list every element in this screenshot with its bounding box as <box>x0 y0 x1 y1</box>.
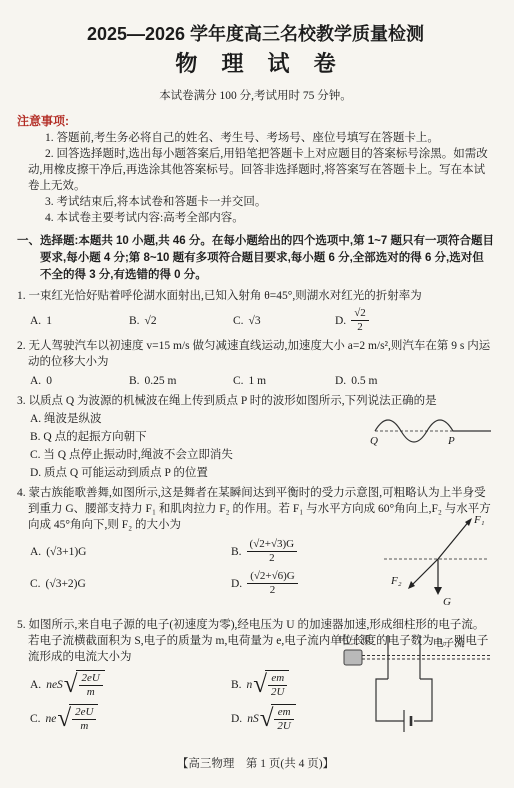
electron-beam-label: 电子流 <box>433 636 465 649</box>
fraction-denominator: 2U <box>274 720 293 733</box>
square-root: √ em 2U <box>260 704 296 733</box>
option-label: B. <box>231 677 242 693</box>
section-header-choice: 一、选择题:本题共 10 小题,共 46 分。在每小题给出的四个选项中,第 1~… <box>17 233 494 284</box>
g-arrowhead <box>434 587 442 595</box>
expr-prefix: nS <box>247 711 259 727</box>
radicand: 2eU m <box>76 670 105 699</box>
wire-right <box>414 679 432 721</box>
q3-option-d: D. 质点 Q 可能运动到质点 P 的位置 <box>28 465 494 481</box>
fraction-numerator: √2 <box>351 307 369 321</box>
question-2-stem: 2. 无人驾驶汽车以初速度 v=15 m/s 做匀减速直线运动,加速度大小 a=… <box>28 338 494 370</box>
option-text: √3 <box>249 313 261 329</box>
option-text: (√3+2)G <box>46 576 86 592</box>
radicand: em 2U <box>271 704 295 733</box>
notice-item-4: 4. 本试卷主要考试内容:高考全部内容。 <box>28 210 494 226</box>
option-label: C. <box>30 576 41 592</box>
question-4: 4. 蒙古族能歌善舞,如图所示,这是舞者在某瞬间达到平衡时的受力示意图,可粗略认… <box>17 485 494 613</box>
notice-item-2: 2. 回答选择题时,选出每小题答案后,用铅笔把答题卡上对应题目的答案标号涂黑。如… <box>28 146 494 194</box>
option-text: √2 <box>145 313 157 329</box>
math-expression: neS √ 2eU m <box>46 670 105 699</box>
notice-item-3: 3. 考试结束后,将本试卷和答题卡一并交回。 <box>28 194 494 210</box>
question-1: 1. 一束红光恰好贴着呼伦湖水面射出,已知入射角 θ=45°,则湖水对红光的折射… <box>17 288 494 334</box>
fraction: √2 2 <box>351 307 369 334</box>
fraction-numerator: em <box>268 672 287 686</box>
f1-label: F₁ <box>473 514 485 526</box>
wave-figure: Q P <box>369 405 494 455</box>
fraction-numerator: (√2+√6)G <box>247 570 298 584</box>
fraction-denominator: 2 <box>247 552 298 565</box>
option-label: C. <box>30 711 41 727</box>
option-label: D. <box>231 711 242 727</box>
question-1-stem: 1. 一束红光恰好贴着呼伦湖水面射出,已知入射角 θ=45°,则湖水对红光的折射… <box>28 288 494 304</box>
math-expression: nS √ em 2U <box>247 704 296 733</box>
q2-option-b: B. 0.25 m <box>129 373 233 389</box>
option-label: C. <box>233 313 244 329</box>
fraction-numerator: 2eU <box>79 672 103 686</box>
fraction: em 2U <box>268 672 287 699</box>
option-label: A. <box>30 544 41 560</box>
exam-paper-page: 2025—2026 学年度高三名校教学质量检测 物 理 试 卷 本试卷满分 10… <box>0 0 514 788</box>
option-label: B. <box>129 373 140 389</box>
fraction-numerator: 2eU <box>72 706 96 720</box>
exam-title: 2025—2026 学年度高三名校教学质量检测 <box>17 0 494 45</box>
fraction: 2eU m <box>79 672 103 699</box>
notice-section: 注意事项: 1. 答题前,考生务必将自己的姓名、考生号、考场号、座位号填写在答题… <box>17 113 494 226</box>
f1-arrow <box>438 520 470 559</box>
option-text: (√3+1)G <box>46 544 86 560</box>
subject-title: 物 理 试 卷 <box>17 50 494 78</box>
option-label: A. <box>30 677 41 693</box>
q2-option-c: C. 1 m <box>233 373 335 389</box>
q4-option-c: C. (√3+2)G <box>30 576 231 592</box>
question-2: 2. 无人驾驶汽车以初速度 v=15 m/s 做匀减速直线运动,加速度大小 a=… <box>17 338 494 389</box>
option-label: A. <box>30 373 41 389</box>
force-diagram-figure: F₁ F₂ G <box>380 509 492 611</box>
fraction: 2eU m <box>72 706 96 733</box>
question-2-options: A. 0 B. 0.25 m C. 1 m D. 0.5 m <box>28 373 494 389</box>
q1-option-d: D. √2 2 <box>335 307 494 334</box>
q1-option-b: B. √2 <box>129 313 233 329</box>
q1-option-c: C. √3 <box>233 313 335 329</box>
f2-arrow <box>410 559 438 587</box>
q5-option-c: C. ne √ 2eU m <box>30 704 231 733</box>
option-label: A. <box>30 313 41 329</box>
f2-label: F₂ <box>390 575 402 587</box>
fraction-denominator: m <box>79 686 103 699</box>
electron-source-box <box>344 650 362 665</box>
fraction-denominator: 2 <box>351 321 369 334</box>
radicand: 2eU m <box>69 704 98 733</box>
electron-source-label: 电子源 <box>339 633 371 646</box>
wave-source-label: Q <box>370 435 378 447</box>
option-label: D. <box>335 313 346 329</box>
math-expression: n √ em 2U <box>247 670 290 699</box>
option-label: D. <box>335 373 346 389</box>
g-label: G <box>443 596 451 608</box>
option-text: 0 <box>46 373 52 389</box>
wave-end-label: P <box>447 435 455 447</box>
electron-accelerator-figure: 电子源 电子流 <box>336 631 494 743</box>
math-expression: ne √ 2eU m <box>46 704 99 733</box>
q2-option-a: A. 0 <box>30 373 129 389</box>
option-label: B. <box>129 313 140 329</box>
square-root: √ 2eU m <box>57 704 98 733</box>
q2-option-d: D. 0.5 m <box>335 373 494 389</box>
expr-prefix: neS <box>46 677 63 693</box>
option-text: 0.5 m <box>351 373 377 389</box>
fraction-denominator: 2 <box>247 584 298 597</box>
expr-prefix: ne <box>46 711 57 727</box>
option-text: 1 <box>46 313 52 329</box>
q1-option-a: A. 1 <box>30 313 129 329</box>
f2-arrowhead <box>408 581 415 589</box>
question-3: 3. 以质点 Q 为波源的机械波在绳上传到质点 P 时的波形如图所示,下列说法正… <box>17 393 494 481</box>
option-label: B. <box>231 544 242 560</box>
question-1-options: A. 1 B. √2 C. √3 D. √2 2 <box>28 307 494 334</box>
fraction-numerator: em <box>274 706 293 720</box>
square-root: √ em 2U <box>253 670 289 699</box>
radicand: em 2U <box>265 670 289 699</box>
fraction-denominator: m <box>72 720 96 733</box>
q4-option-a: A. (√3+1)G <box>30 544 231 560</box>
fraction: (√2+√3)G 2 <box>247 538 298 565</box>
option-text: 1 m <box>249 373 267 389</box>
page-footer: 【高三物理 第 1 页(共 4 页)】 <box>17 756 494 772</box>
square-root: √ 2eU m <box>64 670 105 699</box>
notice-item-1: 1. 答题前,考生务必将自己的姓名、考生号、考场号、座位号填写在答题卡上。 <box>28 130 494 146</box>
fraction-denominator: 2U <box>268 686 287 699</box>
exam-info-line: 本试卷满分 100 分,考试用时 75 分钟。 <box>17 88 494 104</box>
option-label: C. <box>233 373 244 389</box>
page-content: 2025—2026 学年度高三名校教学质量检测 物 理 试 卷 本试卷满分 10… <box>0 0 514 772</box>
expr-prefix: n <box>247 677 253 693</box>
wire-left <box>376 679 404 721</box>
q5-option-a: A. neS √ 2eU m <box>30 670 231 699</box>
option-text: 0.25 m <box>145 373 177 389</box>
fraction: em 2U <box>274 706 293 733</box>
option-label: D. <box>231 576 242 592</box>
fraction-numerator: (√2+√3)G <box>247 538 298 552</box>
question-5: 5. 如图所示,来自电子源的电子(初速度为零),经电压为 U 的加速器加速,形成… <box>17 617 494 747</box>
notice-heading: 注意事项: <box>17 113 494 130</box>
fraction: (√2+√6)G 2 <box>247 570 298 597</box>
